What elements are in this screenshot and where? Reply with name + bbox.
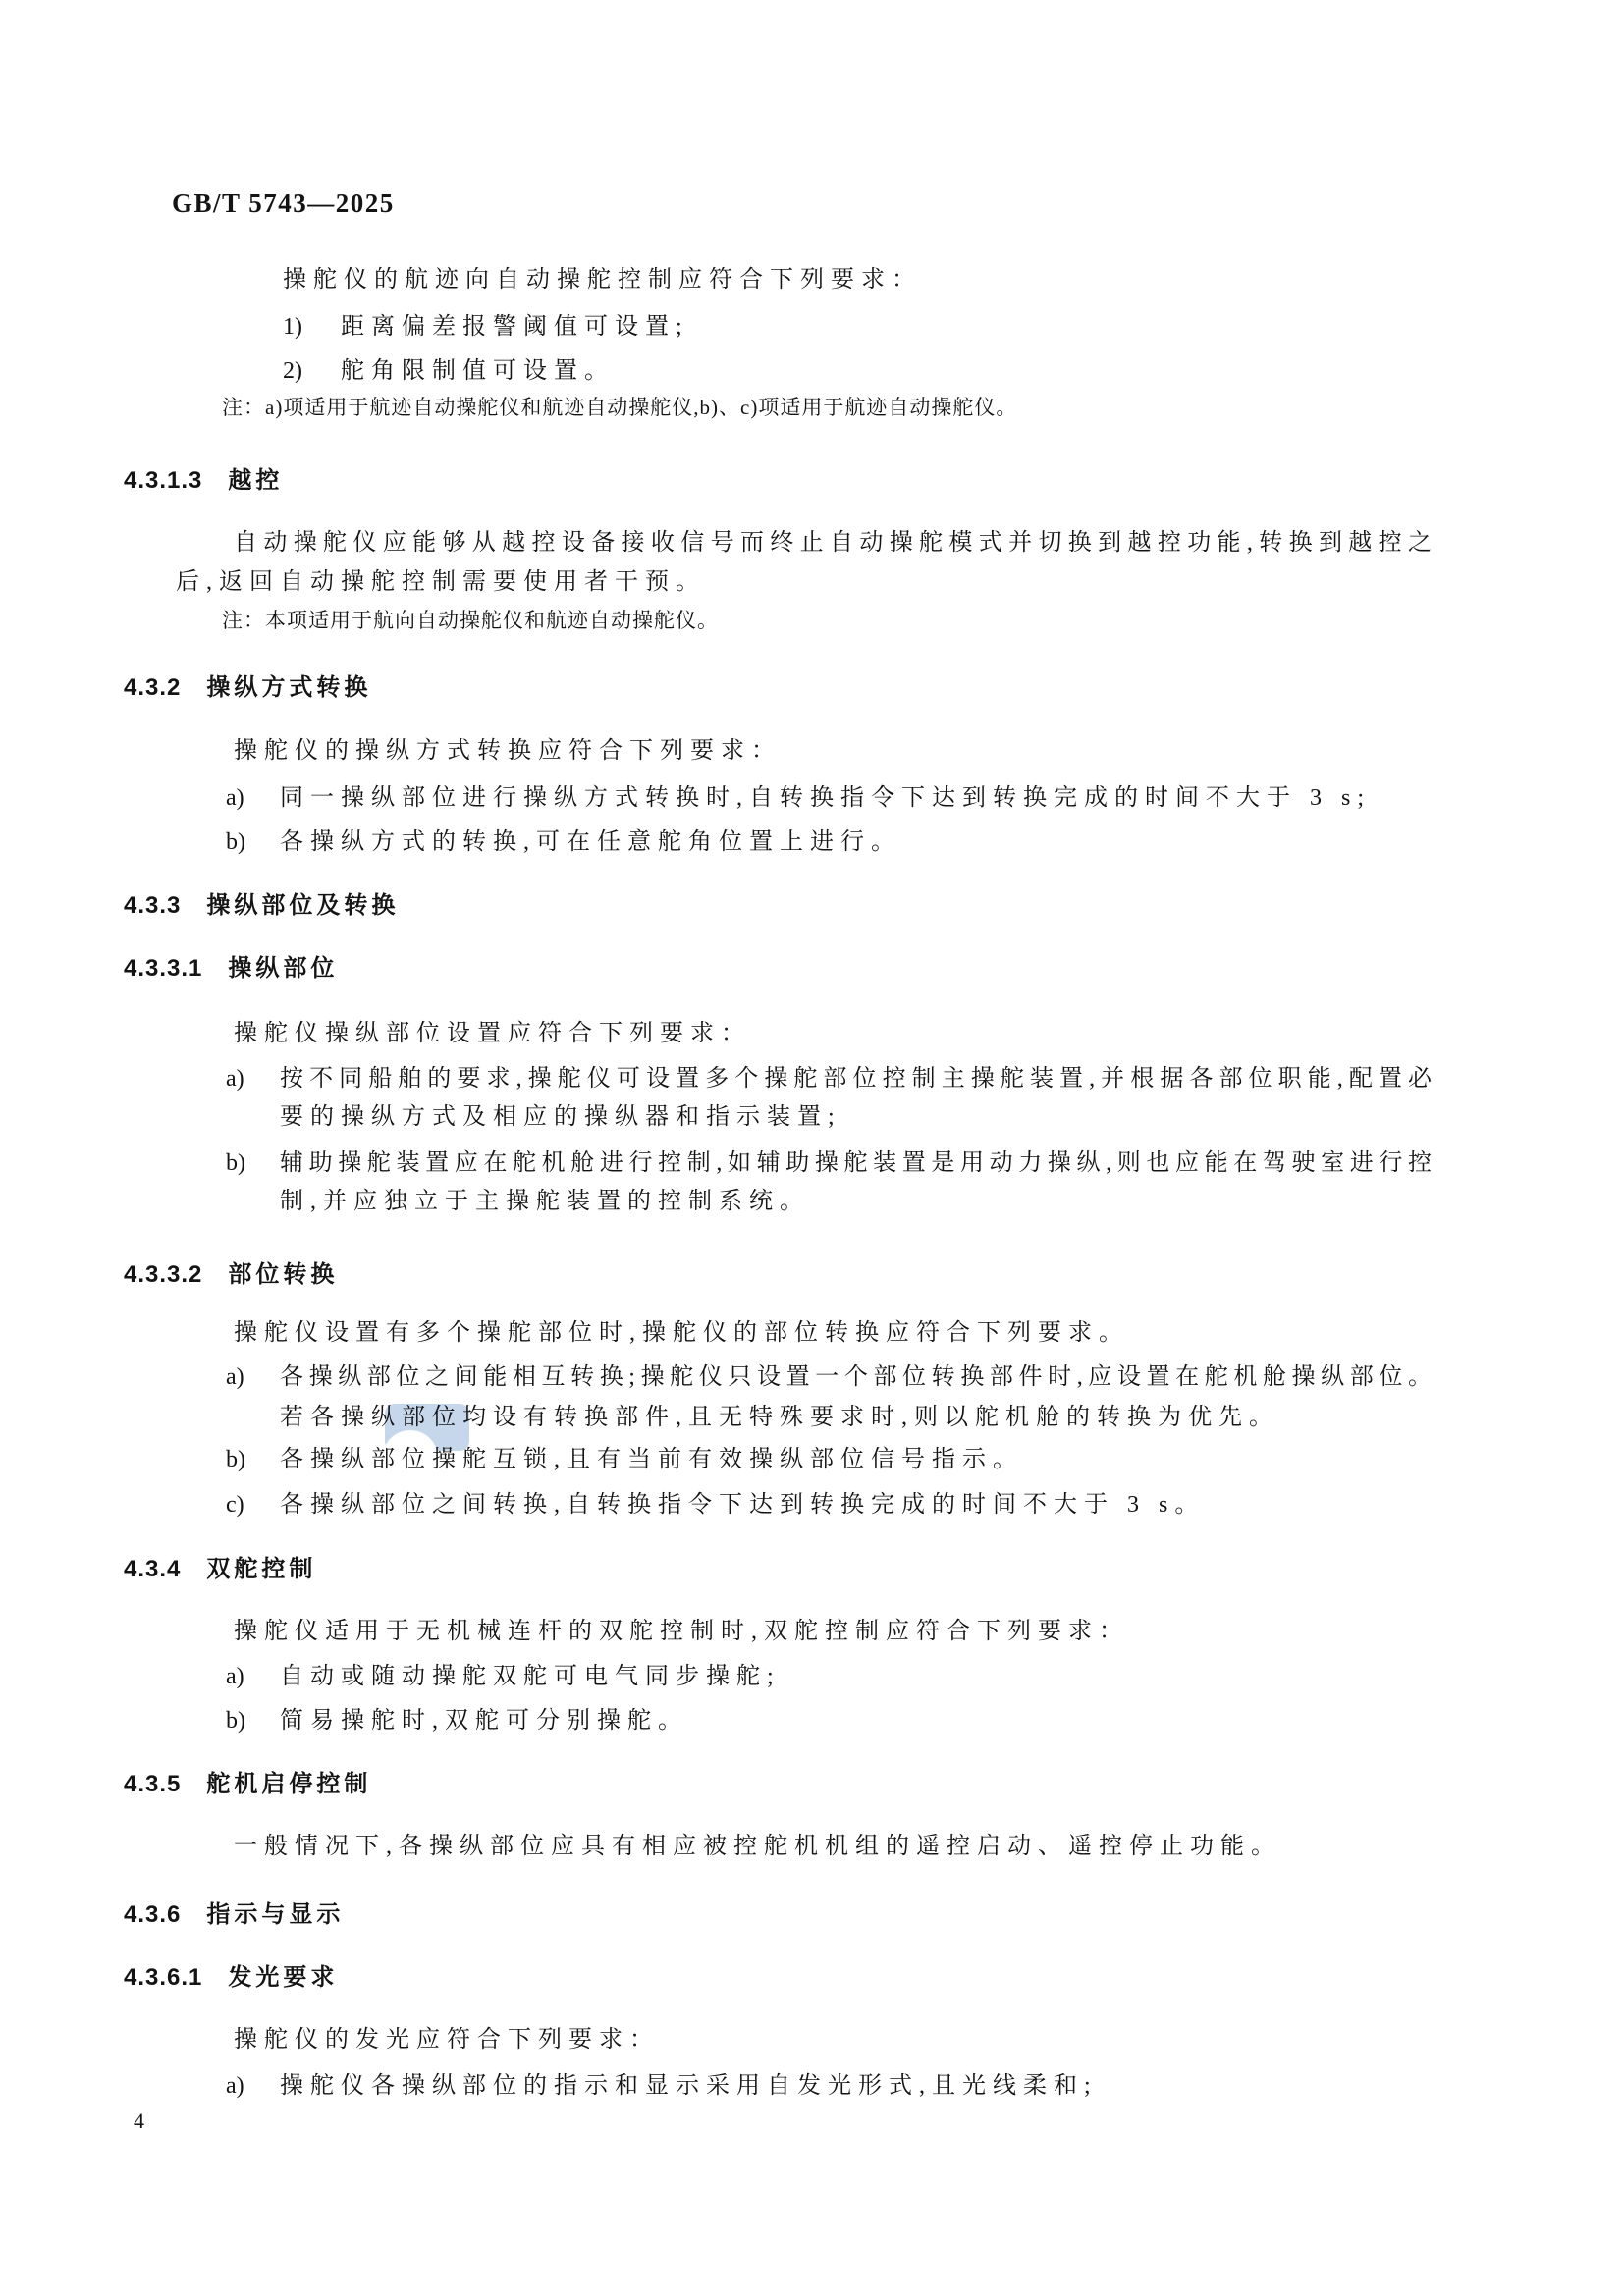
list-item: a) 操舵仪各操纵部位的指示和显示采用自发光形式,且光线柔和; — [226, 2071, 1098, 2101]
list-item: 1) 距离偏差报警阈值可设置; — [283, 312, 689, 342]
paragraph-line: 操舵仪的操纵方式转换应符合下列要求： — [234, 736, 782, 766]
section-heading: 4.3.3 操纵部位及转换 — [124, 891, 399, 921]
list-item: a) 同一操纵部位进行操纵方式转换时,自转换指令下达到转换完成的时间不大于 3 … — [226, 783, 1371, 813]
list-item-text: 自动或随动操舵双舵可电气同步操舵; — [280, 1662, 781, 1691]
section-title: 越控 — [228, 466, 283, 496]
paragraph-line: 操舵仪设置有多个操舵部位时,操舵仪的部位转换应符合下列要求。 — [234, 1318, 1129, 1348]
list-item-label: a) — [226, 1064, 280, 1094]
paragraph-line: 操舵仪适用于无机械连杆的双舵控制时,双舵控制应符合下列要求： — [234, 1617, 1129, 1646]
section-heading: 4.3.1.3 越控 — [124, 466, 283, 496]
section-number: 4.3.6.1 — [124, 1963, 202, 1993]
section-number: 4.3.5 — [124, 1770, 181, 1799]
paragraph-line: 操舵仪的发光应符合下列要求： — [234, 2025, 660, 2055]
section-title: 操纵部位 — [228, 954, 338, 984]
list-item-label: 2) — [283, 356, 341, 386]
list-item-text: 各操纵部位之间能相互转换;操舵仪只设置一个部位转换部件时,应设置在舵机舱操纵部位… — [280, 1362, 1432, 1392]
list-item-text: 简易操舵时,双舵可分别操舵。 — [280, 1706, 688, 1735]
list-item-label: a) — [226, 2071, 280, 2101]
list-item: a) 按不同船舶的要求,操舵仪可设置多个操舵部位控制主操舵装置,并根据各部位职能… — [226, 1064, 1432, 1094]
section-number: 4.3.3.1 — [124, 954, 202, 984]
paragraph-line: 自动操舵仪应能够从越控设备接收信号而终止自动操舵模式并切换到越控功能,转换到越控… — [234, 528, 1432, 558]
list-item-text: 舵角限制值可设置。 — [341, 356, 615, 386]
list-item-text: 各操纵部位之间转换,自转换指令下达到转换完成的时间不大于 3 s。 — [280, 1490, 1205, 1520]
list-item-label: a) — [226, 783, 280, 813]
list-item-label: a) — [226, 1362, 280, 1392]
paragraph-line: 操舵仪操纵部位设置应符合下列要求： — [234, 1019, 751, 1048]
section-heading: 4.3.6.1 发光要求 — [124, 1963, 338, 1993]
list-item: b) 各操纵部位操舵互锁,且有当前有效操纵部位信号指示。 — [226, 1445, 1023, 1474]
list-item-label: b) — [226, 828, 280, 857]
section-number: 4.3.2 — [124, 673, 181, 703]
list-item: a) 各操纵部位之间能相互转换;操舵仪只设置一个部位转换部件时,应设置在舵机舱操… — [226, 1362, 1432, 1392]
standard-number: GB/T 5743—2025 — [172, 188, 395, 219]
list-item-label: a) — [226, 1662, 280, 1691]
section-heading: 4.3.6 指示与显示 — [124, 1900, 344, 1930]
list-item-label: b) — [226, 1148, 280, 1178]
note: 注：本项适用于航向自动操舵仪和航迹自动操舵仪。 — [222, 608, 719, 634]
page-number: 4 — [134, 2109, 144, 2134]
paragraph-line: 一般情况下,各操纵部位应具有相应被控舵机机组的遥控启动、遥控停止功能。 — [234, 1832, 1281, 1861]
section-title: 发光要求 — [228, 1963, 338, 1993]
section-title: 双舵控制 — [206, 1555, 316, 1584]
section-heading: 4.3.5 舵机启停控制 — [124, 1770, 371, 1799]
list-item: c) 各操纵部位之间转换,自转换指令下达到转换完成的时间不大于 3 s。 — [226, 1490, 1205, 1520]
list-item: b) 各操纵方式的转换,可在任意舵角位置上进行。 — [226, 828, 901, 857]
list-item-text: 操舵仪各操纵部位的指示和显示采用自发光形式,且光线柔和; — [280, 2071, 1098, 2101]
document-page: GB/T 5743—2025 操舵仪的航迹向自动操舵控制应符合下列要求： 1) … — [0, 0, 1624, 2296]
list-item-text: 制,并应独立于主操舵装置的控制系统。 — [280, 1187, 810, 1216]
section-title: 舵机启停控制 — [206, 1770, 371, 1799]
list-item: b) 辅助操舵装置应在舵机舱进行控制,如辅助操舵装置是用动力操纵,则也应能在驾驶… — [226, 1148, 1432, 1178]
list-item: a) 自动或随动操舵双舵可电气同步操舵; — [226, 1662, 781, 1691]
section-title: 操纵部位及转换 — [206, 891, 399, 921]
list-item-text: 辅助操舵装置应在舵机舱进行控制,如辅助操舵装置是用动力操纵,则也应能在驾驶室进行… — [280, 1148, 1432, 1178]
section-title: 指示与显示 — [206, 1900, 344, 1930]
list-item-text: 要的操纵方式及相应的操纵器和指示装置; — [280, 1102, 841, 1132]
section-heading: 4.3.3.1 操纵部位 — [124, 954, 338, 984]
section-heading: 4.3.3.2 部位转换 — [124, 1260, 338, 1290]
list-item-label: c) — [226, 1490, 280, 1520]
list-item-label: 1) — [283, 312, 341, 342]
list-item: b) 简易操舵时,双舵可分别操舵。 — [226, 1706, 688, 1735]
section-number: 4.3.3.2 — [124, 1260, 202, 1290]
section-number: 4.3.3 — [124, 891, 181, 921]
list-item-text: 距离偏差报警阈值可设置; — [341, 312, 689, 342]
section-number: 4.3.4 — [124, 1555, 181, 1584]
list-item: 2) 舵角限制值可设置。 — [283, 356, 615, 386]
section-heading: 4.3.4 双舵控制 — [124, 1555, 316, 1584]
section-title: 操纵方式转换 — [206, 673, 371, 703]
list-item-text: 各操纵方式的转换,可在任意舵角位置上进行。 — [280, 828, 901, 857]
list-item-text: 同一操纵部位进行操纵方式转换时,自转换指令下达到转换完成的时间不大于 3 s; — [280, 783, 1371, 813]
list-item-label: b) — [226, 1706, 280, 1735]
note: 注：a)项适用于航迹自动操舵仪和航迹自动操舵仪,b)、c)项适用于航迹自动操舵仪… — [222, 395, 1017, 421]
list-item-text: 若各操纵部位均设有转换部件,且无特殊要求时,则以舵机舱的转换为优先。 — [280, 1403, 1279, 1432]
section-number: 4.3.6 — [124, 1900, 181, 1930]
list-item-text: 各操纵部位操舵互锁,且有当前有效操纵部位信号指示。 — [280, 1445, 1023, 1474]
paragraph-line: 操舵仪的航迹向自动操舵控制应符合下列要求： — [283, 265, 922, 294]
section-heading: 4.3.2 操纵方式转换 — [124, 673, 371, 703]
section-title: 部位转换 — [228, 1260, 338, 1290]
list-item-text: 按不同船舶的要求,操舵仪可设置多个操舵部位控制主操舵装置,并根据各部位职能,配置… — [280, 1064, 1432, 1094]
section-number: 4.3.1.3 — [124, 466, 202, 496]
list-item-label: b) — [226, 1445, 280, 1474]
paragraph-line: 后,返回自动操舵控制需要使用者干预。 — [176, 567, 706, 597]
